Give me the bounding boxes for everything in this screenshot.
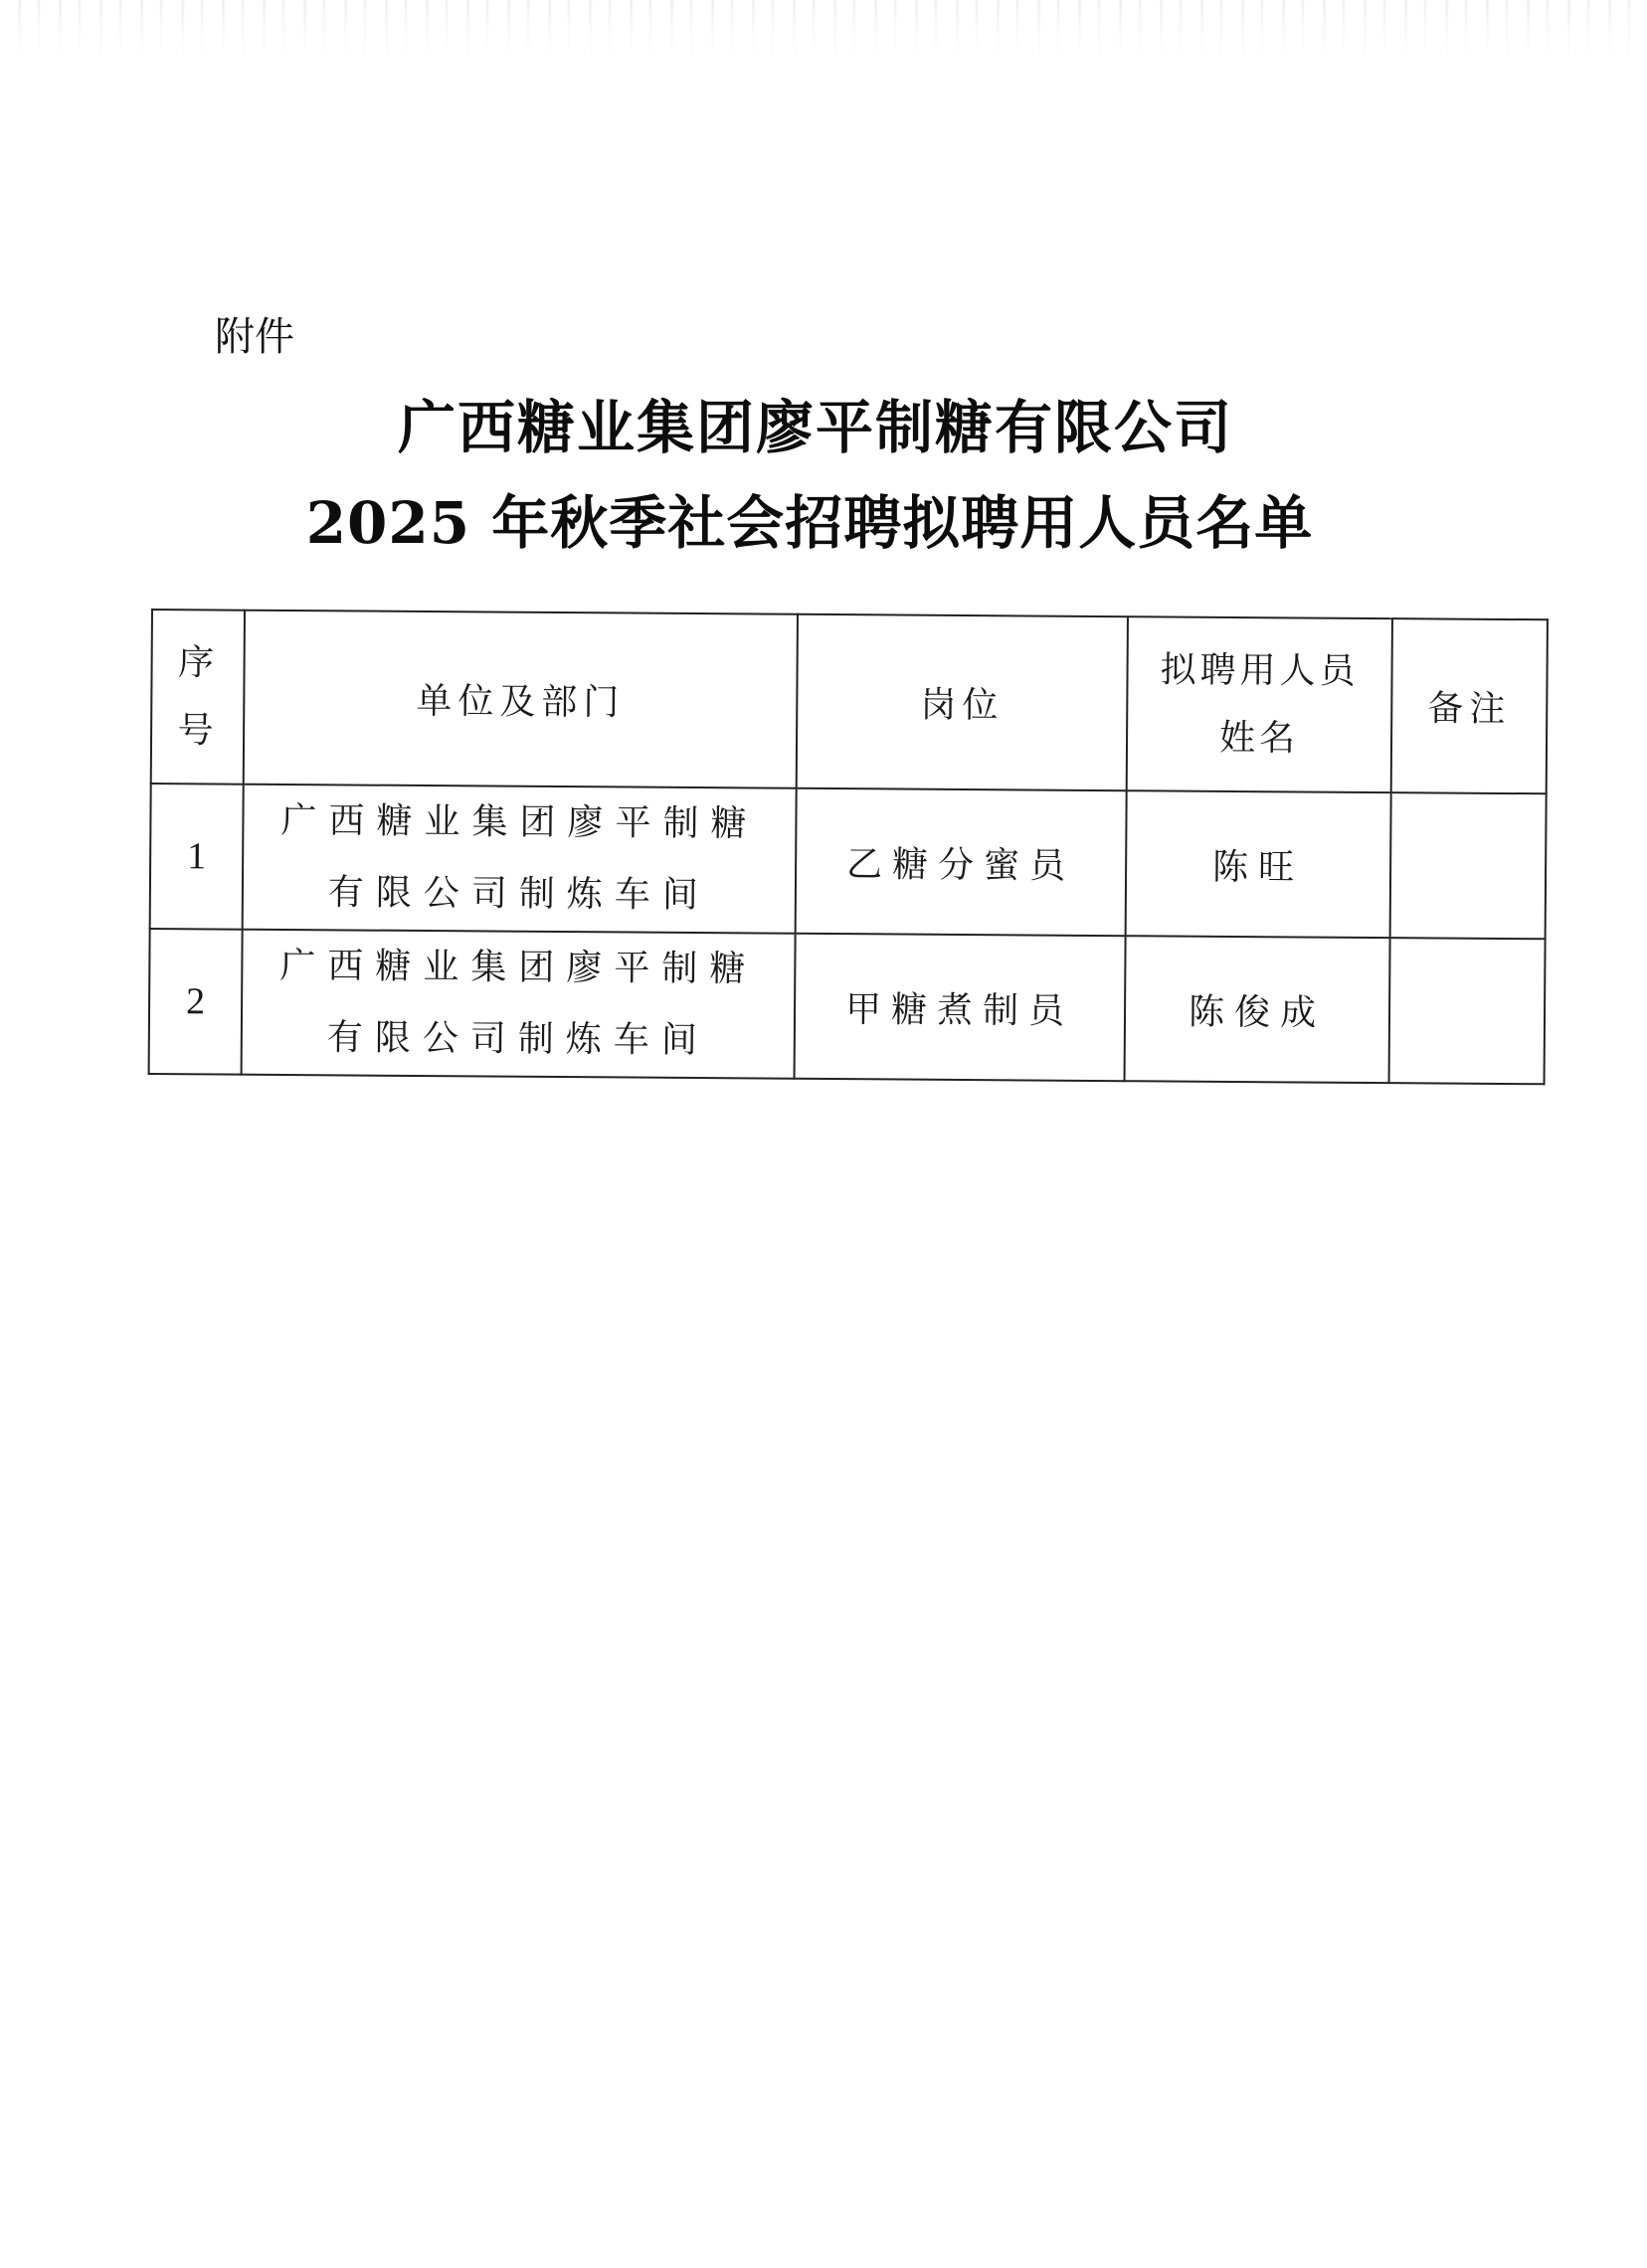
- cell-unit: 广西糖业集团廖平制糖 有限公司制炼车间: [242, 930, 796, 1079]
- table-row: 2 广西糖业集团廖平制糖 有限公司制炼车间 甲糖煮制员 陈俊成: [149, 929, 1546, 1084]
- scan-artifact-streaks: [0, 0, 1647, 60]
- table-header-row: 序 号 单位及部门 岗位 拟聘用人员 姓名 备注: [151, 610, 1548, 793]
- header-name-line2: 姓名: [1128, 704, 1390, 774]
- document-title: 广西糖业集团廖平制糖有限公司 2025 年秋季社会招聘拟聘用人员名单: [0, 380, 1647, 571]
- table-row: 1 广西糖业集团廖平制糖 有限公司制炼车间 乙糖分蜜员 陈旺: [150, 784, 1547, 939]
- header-note: 备注: [1391, 618, 1548, 793]
- header-seq-line1: 序: [152, 629, 243, 698]
- cell-unit-line2: 有限公司制炼车间: [244, 857, 796, 933]
- cell-seq: 2: [149, 929, 243, 1075]
- header-seq: 序 号: [151, 610, 245, 785]
- roster-table: 序 号 单位及部门 岗位 拟聘用人员 姓名 备注 1 广西糖业集团廖平制糖 有限…: [148, 609, 1549, 1085]
- attachment-label: 附件: [215, 312, 294, 362]
- roster-table-container: 序 号 单位及部门 岗位 拟聘用人员 姓名 备注 1 广西糖业集团廖平制糖 有限…: [148, 609, 1547, 1085]
- cell-unit-line1: 广西糖业集团廖平制糖: [243, 931, 795, 1006]
- cell-unit-line2: 有限公司制炼车间: [243, 1002, 795, 1078]
- header-post: 岗位: [797, 614, 1128, 790]
- header-name-line1: 拟聘用人员: [1128, 636, 1390, 706]
- cell-unit-line1: 广西糖业集团廖平制糖: [244, 785, 796, 861]
- cell-seq: 1: [150, 784, 244, 930]
- header-unit: 单位及部门: [244, 611, 798, 788]
- cell-unit: 广西糖业集团廖平制糖 有限公司制炼车间: [243, 785, 797, 934]
- header-name: 拟聘用人员 姓名: [1127, 616, 1392, 792]
- title-line-list: 2025 年秋季社会招聘拟聘用人员名单: [0, 475, 1647, 571]
- title-line-company: 广西糖业集团廖平制糖有限公司: [0, 380, 1647, 475]
- cell-post: 乙糖分蜜员: [796, 788, 1127, 936]
- cell-name: 陈旺: [1126, 790, 1391, 938]
- header-seq-line2: 号: [152, 697, 243, 766]
- cell-note: [1390, 792, 1547, 939]
- cell-name: 陈俊成: [1125, 936, 1390, 1083]
- cell-post: 甲糖煮制员: [795, 934, 1126, 1081]
- cell-note: [1389, 938, 1546, 1084]
